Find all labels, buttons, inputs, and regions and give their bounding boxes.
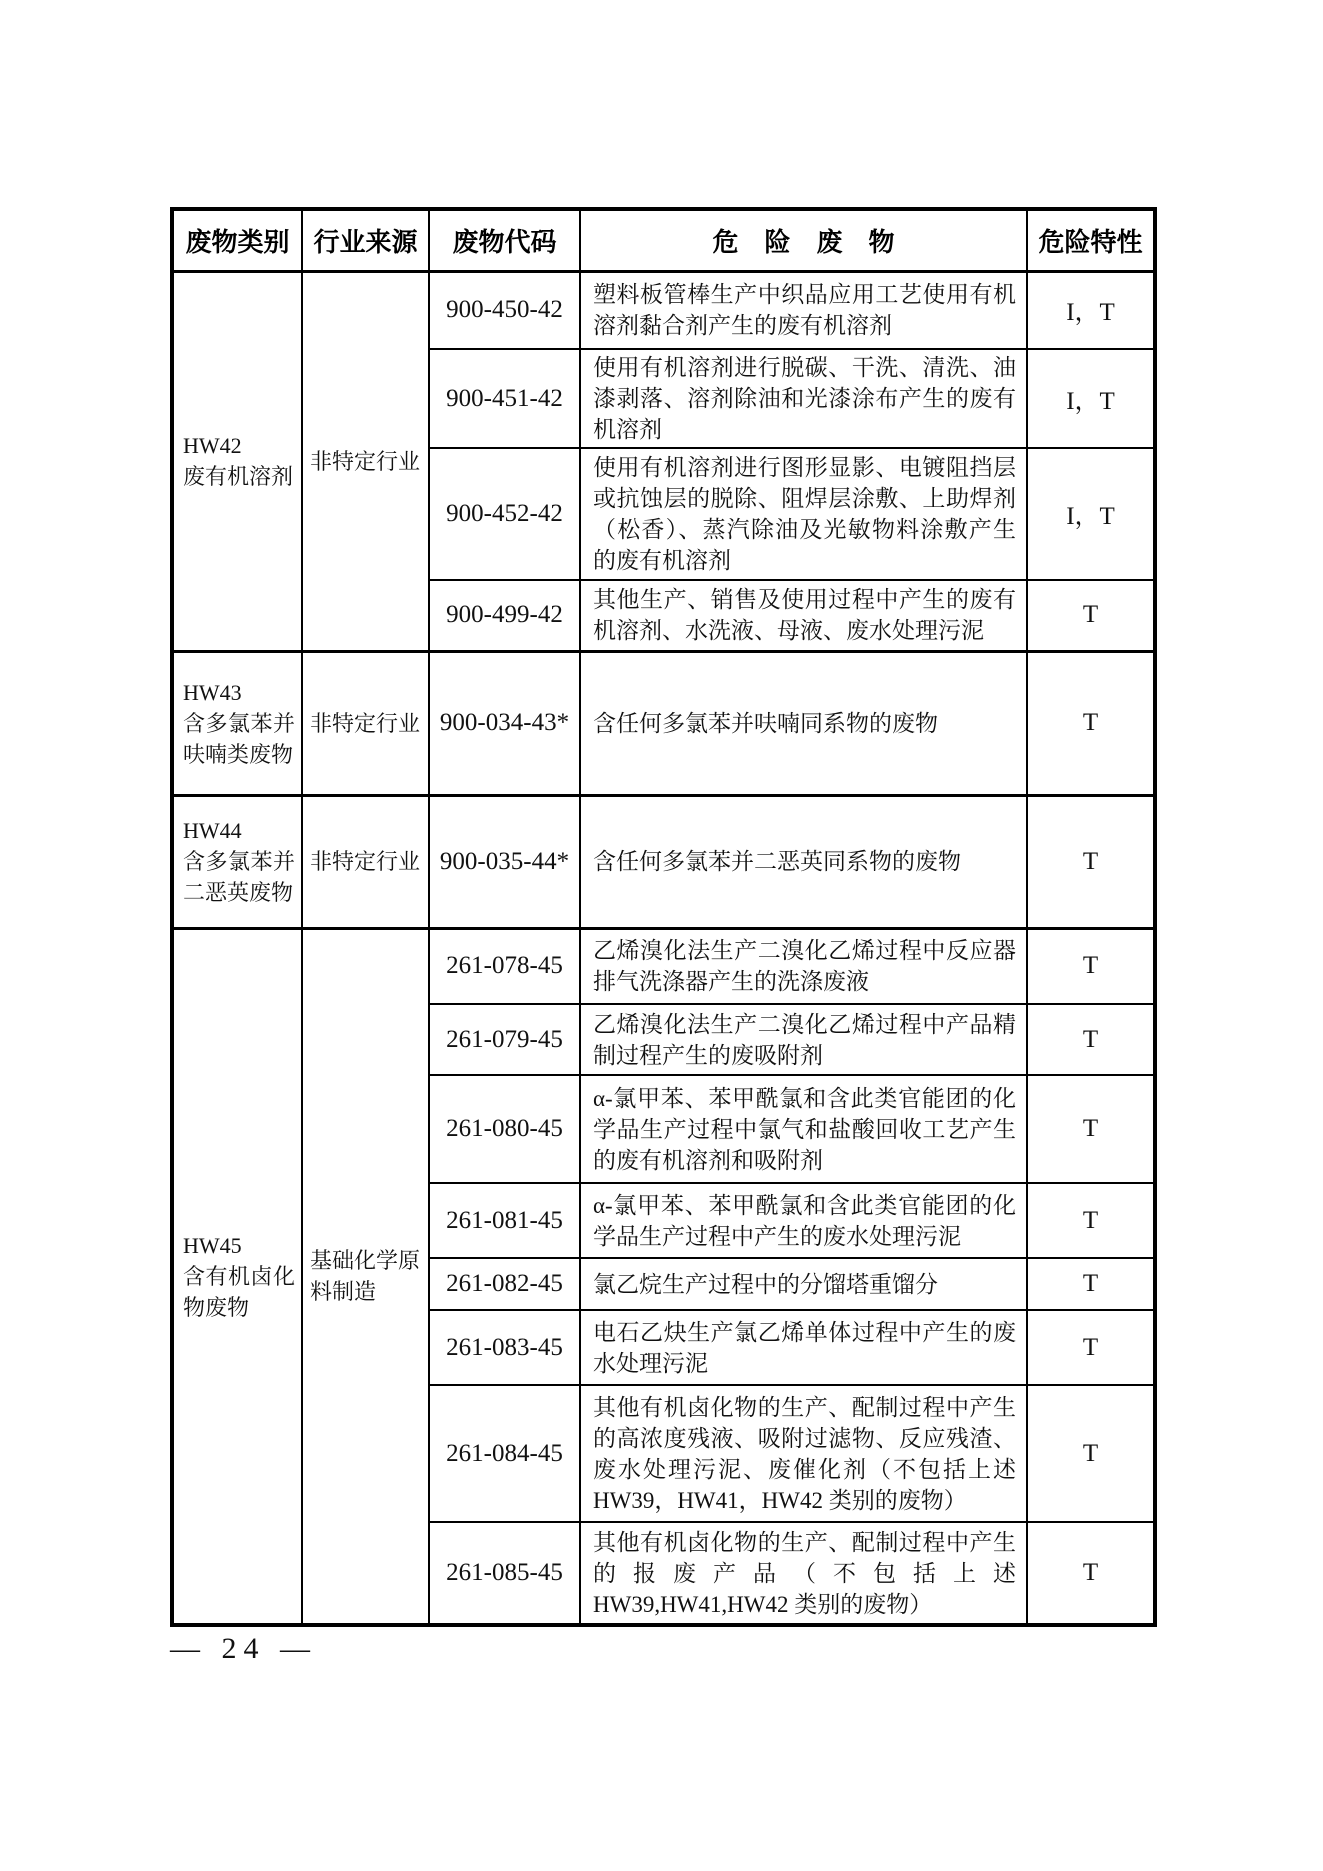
hazard-property-cell: T: [1027, 1075, 1155, 1183]
waste-description-cell: 含任何多氯苯并呋喃同系物的废物: [580, 651, 1027, 795]
table-row: HW45 含有机卤化物废物 基础化学原料制造 261-078-45 乙烯溴化法生…: [172, 928, 1155, 1004]
hazard-property-cell: I，T: [1027, 349, 1155, 448]
waste-code-cell: 900-450-42: [429, 271, 580, 349]
hazard-property-cell: T: [1027, 1385, 1155, 1522]
waste-description-cell: 乙烯溴化法生产二溴化乙烯过程中反应器排气洗涤器产生的洗涤废液: [580, 928, 1027, 1004]
waste-code-cell: 900-499-42: [429, 580, 580, 651]
hazard-property-cell: T: [1027, 1258, 1155, 1310]
hw45-industry-cell: 基础化学原料制造: [302, 928, 429, 1625]
waste-code-cell: 261-084-45: [429, 1385, 580, 1522]
waste-description-cell: 塑料板管棒生产中织品应用工艺使用有机溶剂黏合剂产生的废有机溶剂: [580, 271, 1027, 349]
hw42-industry-cell: 非特定行业: [302, 271, 429, 651]
column-header-industry: 行业来源: [302, 209, 429, 271]
waste-description-cell: α-氯甲苯、苯甲酰氯和含此类官能团的化学品生产过程中产生的废水处理污泥: [580, 1183, 1027, 1258]
table-row: HW44 含多氯苯并二恶英废物 非特定行业 900-035-44* 含任何多氯苯…: [172, 795, 1155, 928]
waste-code-cell: 900-035-44*: [429, 795, 580, 928]
hazard-property-cell: I，T: [1027, 448, 1155, 580]
hazard-property-cell: T: [1027, 1183, 1155, 1258]
hazard-property-cell: T: [1027, 580, 1155, 651]
category-code: HW44: [183, 815, 295, 846]
hw44-category-cell: HW44 含多氯苯并二恶英废物: [172, 795, 302, 928]
category-name: 含多氯苯并呋喃类废物: [183, 708, 295, 770]
waste-code-cell: 261-078-45: [429, 928, 580, 1004]
hazardous-waste-table: 废物类别 行业来源 废物代码 危 险 废 物 危险特性 HW42 废有机溶剂 非…: [170, 207, 1157, 1627]
column-header-hazard: 危险特性: [1027, 209, 1155, 271]
column-header-category: 废物类别: [172, 209, 302, 271]
category-name: 废有机溶剂: [183, 461, 295, 492]
waste-description-cell: 其他有机卤化物的生产、配制过程中产生的高浓度残液、吸附过滤物、反应残渣、废水处理…: [580, 1385, 1027, 1522]
waste-description-cell: 乙烯溴化法生产二溴化乙烯过程中产品精制过程产生的废吸附剂: [580, 1004, 1027, 1075]
waste-description-cell: α-氯甲苯、苯甲酰氯和含此类官能团的化学品生产过程中氯气和盐酸回收工艺产生的废有…: [580, 1075, 1027, 1183]
waste-code-cell: 261-083-45: [429, 1310, 580, 1385]
waste-code-cell: 261-080-45: [429, 1075, 580, 1183]
waste-code-cell: 900-034-43*: [429, 651, 580, 795]
category-name: 含有机卤化物废物: [183, 1261, 295, 1323]
waste-description-cell: 其他生产、销售及使用过程中产生的废有机溶剂、水洗液、母液、废水处理污泥: [580, 580, 1027, 651]
waste-code-cell: 261-079-45: [429, 1004, 580, 1075]
waste-description-cell: 使用有机溶剂进行图形显影、电镀阻挡层或抗蚀层的脱除、阻焊层涂敷、上助焊剂（松香）…: [580, 448, 1027, 580]
waste-code-cell: 261-081-45: [429, 1183, 580, 1258]
hazard-property-cell: T: [1027, 795, 1155, 928]
hw43-category-cell: HW43 含多氯苯并呋喃类废物: [172, 651, 302, 795]
waste-code-cell: 900-451-42: [429, 349, 580, 448]
waste-description-cell: 使用有机溶剂进行脱碳、干洗、清洗、油漆剥落、溶剂除油和光漆涂布产生的废有机溶剂: [580, 349, 1027, 448]
waste-description-cell: 氯乙烷生产过程中的分馏塔重馏分: [580, 1258, 1027, 1310]
column-header-waste: 危 险 废 物: [580, 209, 1027, 271]
waste-description-cell: 电石乙炔生产氯乙烯单体过程中产生的废水处理污泥: [580, 1310, 1027, 1385]
page-number: — 24 —: [170, 1632, 317, 1666]
table-row: HW43 含多氯苯并呋喃类废物 非特定行业 900-034-43* 含任何多氯苯…: [172, 651, 1155, 795]
waste-description-cell: 含任何多氯苯并二恶英同系物的废物: [580, 795, 1027, 928]
hazard-property-cell: T: [1027, 928, 1155, 1004]
document-page: 废物类别 行业来源 废物代码 危 险 废 物 危险特性 HW42 废有机溶剂 非…: [0, 0, 1323, 1871]
table-row: HW42 废有机溶剂 非特定行业 900-450-42 塑料板管棒生产中织品应用…: [172, 271, 1155, 349]
hw43-industry-cell: 非特定行业: [302, 651, 429, 795]
waste-code-cell: 261-082-45: [429, 1258, 580, 1310]
category-name: 含多氯苯并二恶英废物: [183, 846, 295, 908]
table-header-row: 废物类别 行业来源 废物代码 危 险 废 物 危险特性: [172, 209, 1155, 271]
hazard-property-cell: T: [1027, 1522, 1155, 1625]
hazard-property-cell: T: [1027, 1004, 1155, 1075]
waste-description-cell: 其他有机卤化物的生产、配制过程中产生的报废产品（不包括上述 HW39,HW41,…: [580, 1522, 1027, 1625]
hazard-property-cell: T: [1027, 651, 1155, 795]
hw44-industry-cell: 非特定行业: [302, 795, 429, 928]
category-code: HW43: [183, 677, 295, 708]
hw45-category-cell: HW45 含有机卤化物废物: [172, 928, 302, 1625]
column-header-code: 废物代码: [429, 209, 580, 271]
category-code: HW45: [183, 1230, 295, 1261]
hw42-category-cell: HW42 废有机溶剂: [172, 271, 302, 651]
hazard-property-cell: T: [1027, 1310, 1155, 1385]
category-code: HW42: [183, 430, 295, 461]
waste-code-cell: 261-085-45: [429, 1522, 580, 1625]
hazard-property-cell: I，T: [1027, 271, 1155, 349]
waste-code-cell: 900-452-42: [429, 448, 580, 580]
